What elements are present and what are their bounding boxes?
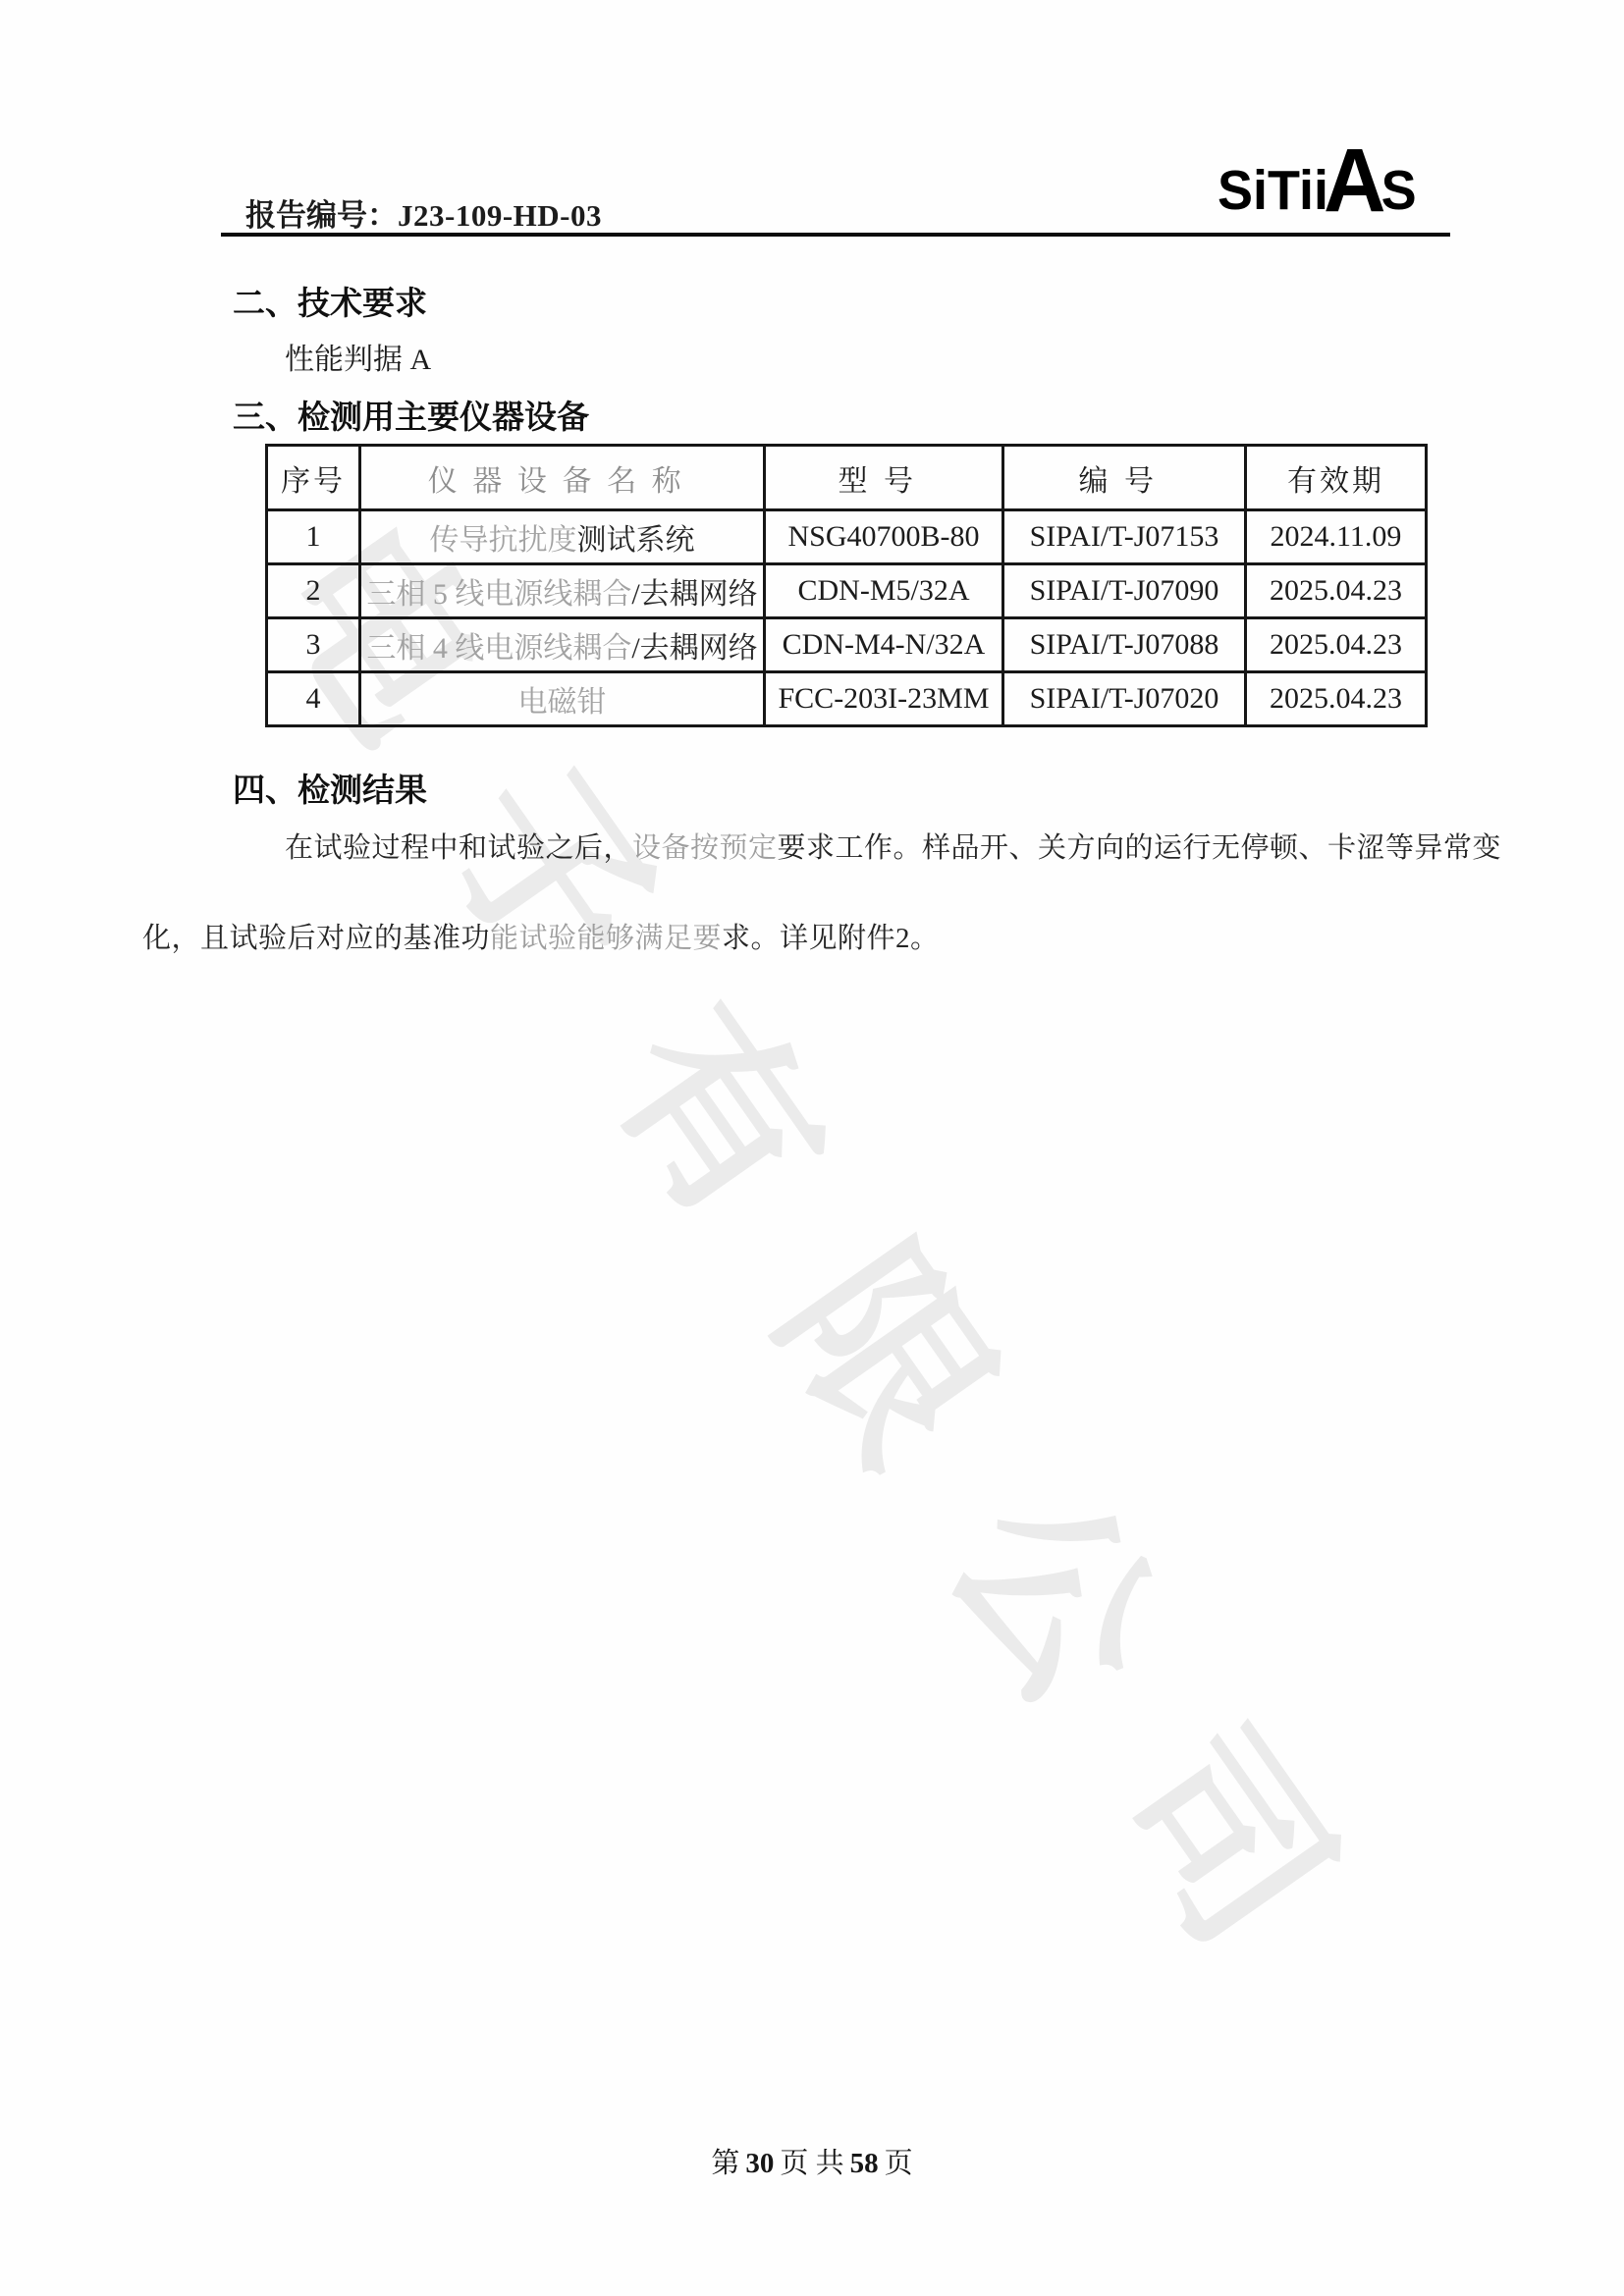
footer-text-prefix: 第 — [711, 2148, 739, 2179]
section-title-main-instruments: 三、检测用主要仪器设备 — [233, 392, 589, 438]
equipment-table-row: 2 三相 5 线电源线耦合/去耦网络 CDN-M5/32A SIPAI/T-J0… — [267, 564, 1427, 618]
footer-text-mid: 页 共 — [780, 2148, 843, 2179]
scanned-report-page: { "header": { "report_no_label": "报告编号："… — [0, 0, 1624, 2296]
logo-text-left: SiTii — [1218, 168, 1328, 213]
cell-index: 1 — [267, 510, 360, 564]
company-logo: SiTii A S — [1218, 146, 1417, 213]
equipment-name-faded-part: 三相 4 线电源线耦合 — [366, 632, 631, 665]
section-title-test-results: 四、检测结果 — [233, 765, 427, 811]
result-text-segment: 能试验能够满足要 — [490, 923, 722, 954]
equipment-table-row: 4 电磁钳 FCC-203I-23MM SIPAI/T-J07020 2025.… — [267, 672, 1427, 726]
result-text-segment: 在试验过程中和试验之后， — [285, 832, 632, 864]
result-text-segment: 化，且试验后对应的基准功 — [142, 923, 490, 954]
equipment-table-body: 1 传导抗扰度测试系统 NSG40700B-80 SIPAI/T-J07153 … — [267, 510, 1427, 726]
equipment-name-faded-part: 电磁钳 — [518, 686, 607, 719]
cell-serial-number: SIPAI/T-J07090 — [1003, 564, 1246, 618]
result-paragraph-line-1: 在试验过程中和试验之后，设备按预定要求工作。样品开、关方向的运行无停顿、卡涩等异… — [285, 826, 1501, 866]
cell-index: 4 — [267, 672, 360, 726]
result-text-segment: 要求工作。样品开、关方向的运行无停顿、卡涩等异常变 — [778, 832, 1502, 864]
col-header-equipment-name: 仪器设备名称 — [360, 446, 765, 510]
cell-serial-number: SIPAI/T-J07088 — [1003, 618, 1246, 672]
cell-validity-date: 2025.04.23 — [1246, 672, 1427, 726]
cell-equipment-name: 三相 4 线电源线耦合/去耦网络 — [360, 618, 765, 672]
col-header-validity: 有效期 — [1246, 446, 1427, 510]
cell-model: CDN-M4-N/32A — [765, 618, 1003, 672]
equipment-name-dark-part: /去耦网络 — [631, 578, 757, 611]
col-header-index: 序号 — [267, 446, 360, 510]
equipment-table-container: 序号 仪器设备名称 型号 编号 有效期 1 传导抗扰度测试系统 NSG40700… — [265, 444, 1428, 727]
cell-model: NSG40700B-80 — [765, 510, 1003, 564]
logo-text-right: S — [1381, 168, 1417, 213]
report-number-label: 报告编号： — [245, 198, 398, 233]
equipment-name-faded-part: 三相 5 线电源线耦合 — [366, 578, 631, 611]
equipment-name-dark-part: /去耦网络 — [631, 632, 757, 665]
col-header-serial-number: 编号 — [1003, 446, 1246, 510]
cell-model: FCC-203I-23MM — [765, 672, 1003, 726]
result-text-segment: 设备按预定 — [632, 832, 778, 864]
equipment-table-header-row: 序号 仪器设备名称 型号 编号 有效期 — [267, 446, 1427, 510]
cell-validity-date: 2024.11.09 — [1246, 510, 1427, 564]
section-title-technical-requirements: 二、技术要求 — [233, 278, 427, 324]
equipment-name-faded-part: 传导抗扰度 — [430, 524, 577, 557]
cell-serial-number: SIPAI/T-J07153 — [1003, 510, 1246, 564]
cell-model: CDN-M5/32A — [765, 564, 1003, 618]
cell-equipment-name: 电磁钳 — [360, 672, 765, 726]
logo-big-a-glyph: A — [1324, 146, 1386, 213]
equipment-table-row: 1 传导抗扰度测试系统 NSG40700B-80 SIPAI/T-J07153 … — [267, 510, 1427, 564]
footer-page-number: 30 — [739, 2148, 780, 2179]
cell-validity-date: 2025.04.23 — [1246, 618, 1427, 672]
page-footer: 第30页 共58页 — [0, 2141, 1624, 2181]
cell-equipment-name: 三相 5 线电源线耦合/去耦网络 — [360, 564, 765, 618]
performance-criterion-text: 性能判据 A — [285, 335, 431, 378]
cell-equipment-name: 传导抗扰度测试系统 — [360, 510, 765, 564]
result-paragraph-line-2: 化，且试验后对应的基准功能试验能够满足要求。详见附件2。 — [142, 916, 940, 956]
report-header: 报告编号：J23-109-HD-03 — [245, 190, 602, 235]
footer-total-pages: 58 — [844, 2148, 885, 2179]
cell-validity-date: 2025.04.23 — [1246, 564, 1427, 618]
header-divider-rule — [221, 233, 1450, 237]
report-number-value: J23-109-HD-03 — [398, 198, 602, 233]
col-header-model: 型号 — [765, 446, 1003, 510]
cell-serial-number: SIPAI/T-J07020 — [1003, 672, 1246, 726]
cell-index: 2 — [267, 564, 360, 618]
cell-index: 3 — [267, 618, 360, 672]
result-text-segment: 求。详见附件2。 — [722, 923, 940, 954]
footer-text-suffix: 页 — [885, 2148, 913, 2179]
equipment-table: 序号 仪器设备名称 型号 编号 有效期 1 传导抗扰度测试系统 NSG40700… — [265, 444, 1428, 727]
equipment-table-row: 3 三相 4 线电源线耦合/去耦网络 CDN-M4-N/32A SIPAI/T-… — [267, 618, 1427, 672]
equipment-name-dark-part: 测试系统 — [577, 524, 695, 557]
